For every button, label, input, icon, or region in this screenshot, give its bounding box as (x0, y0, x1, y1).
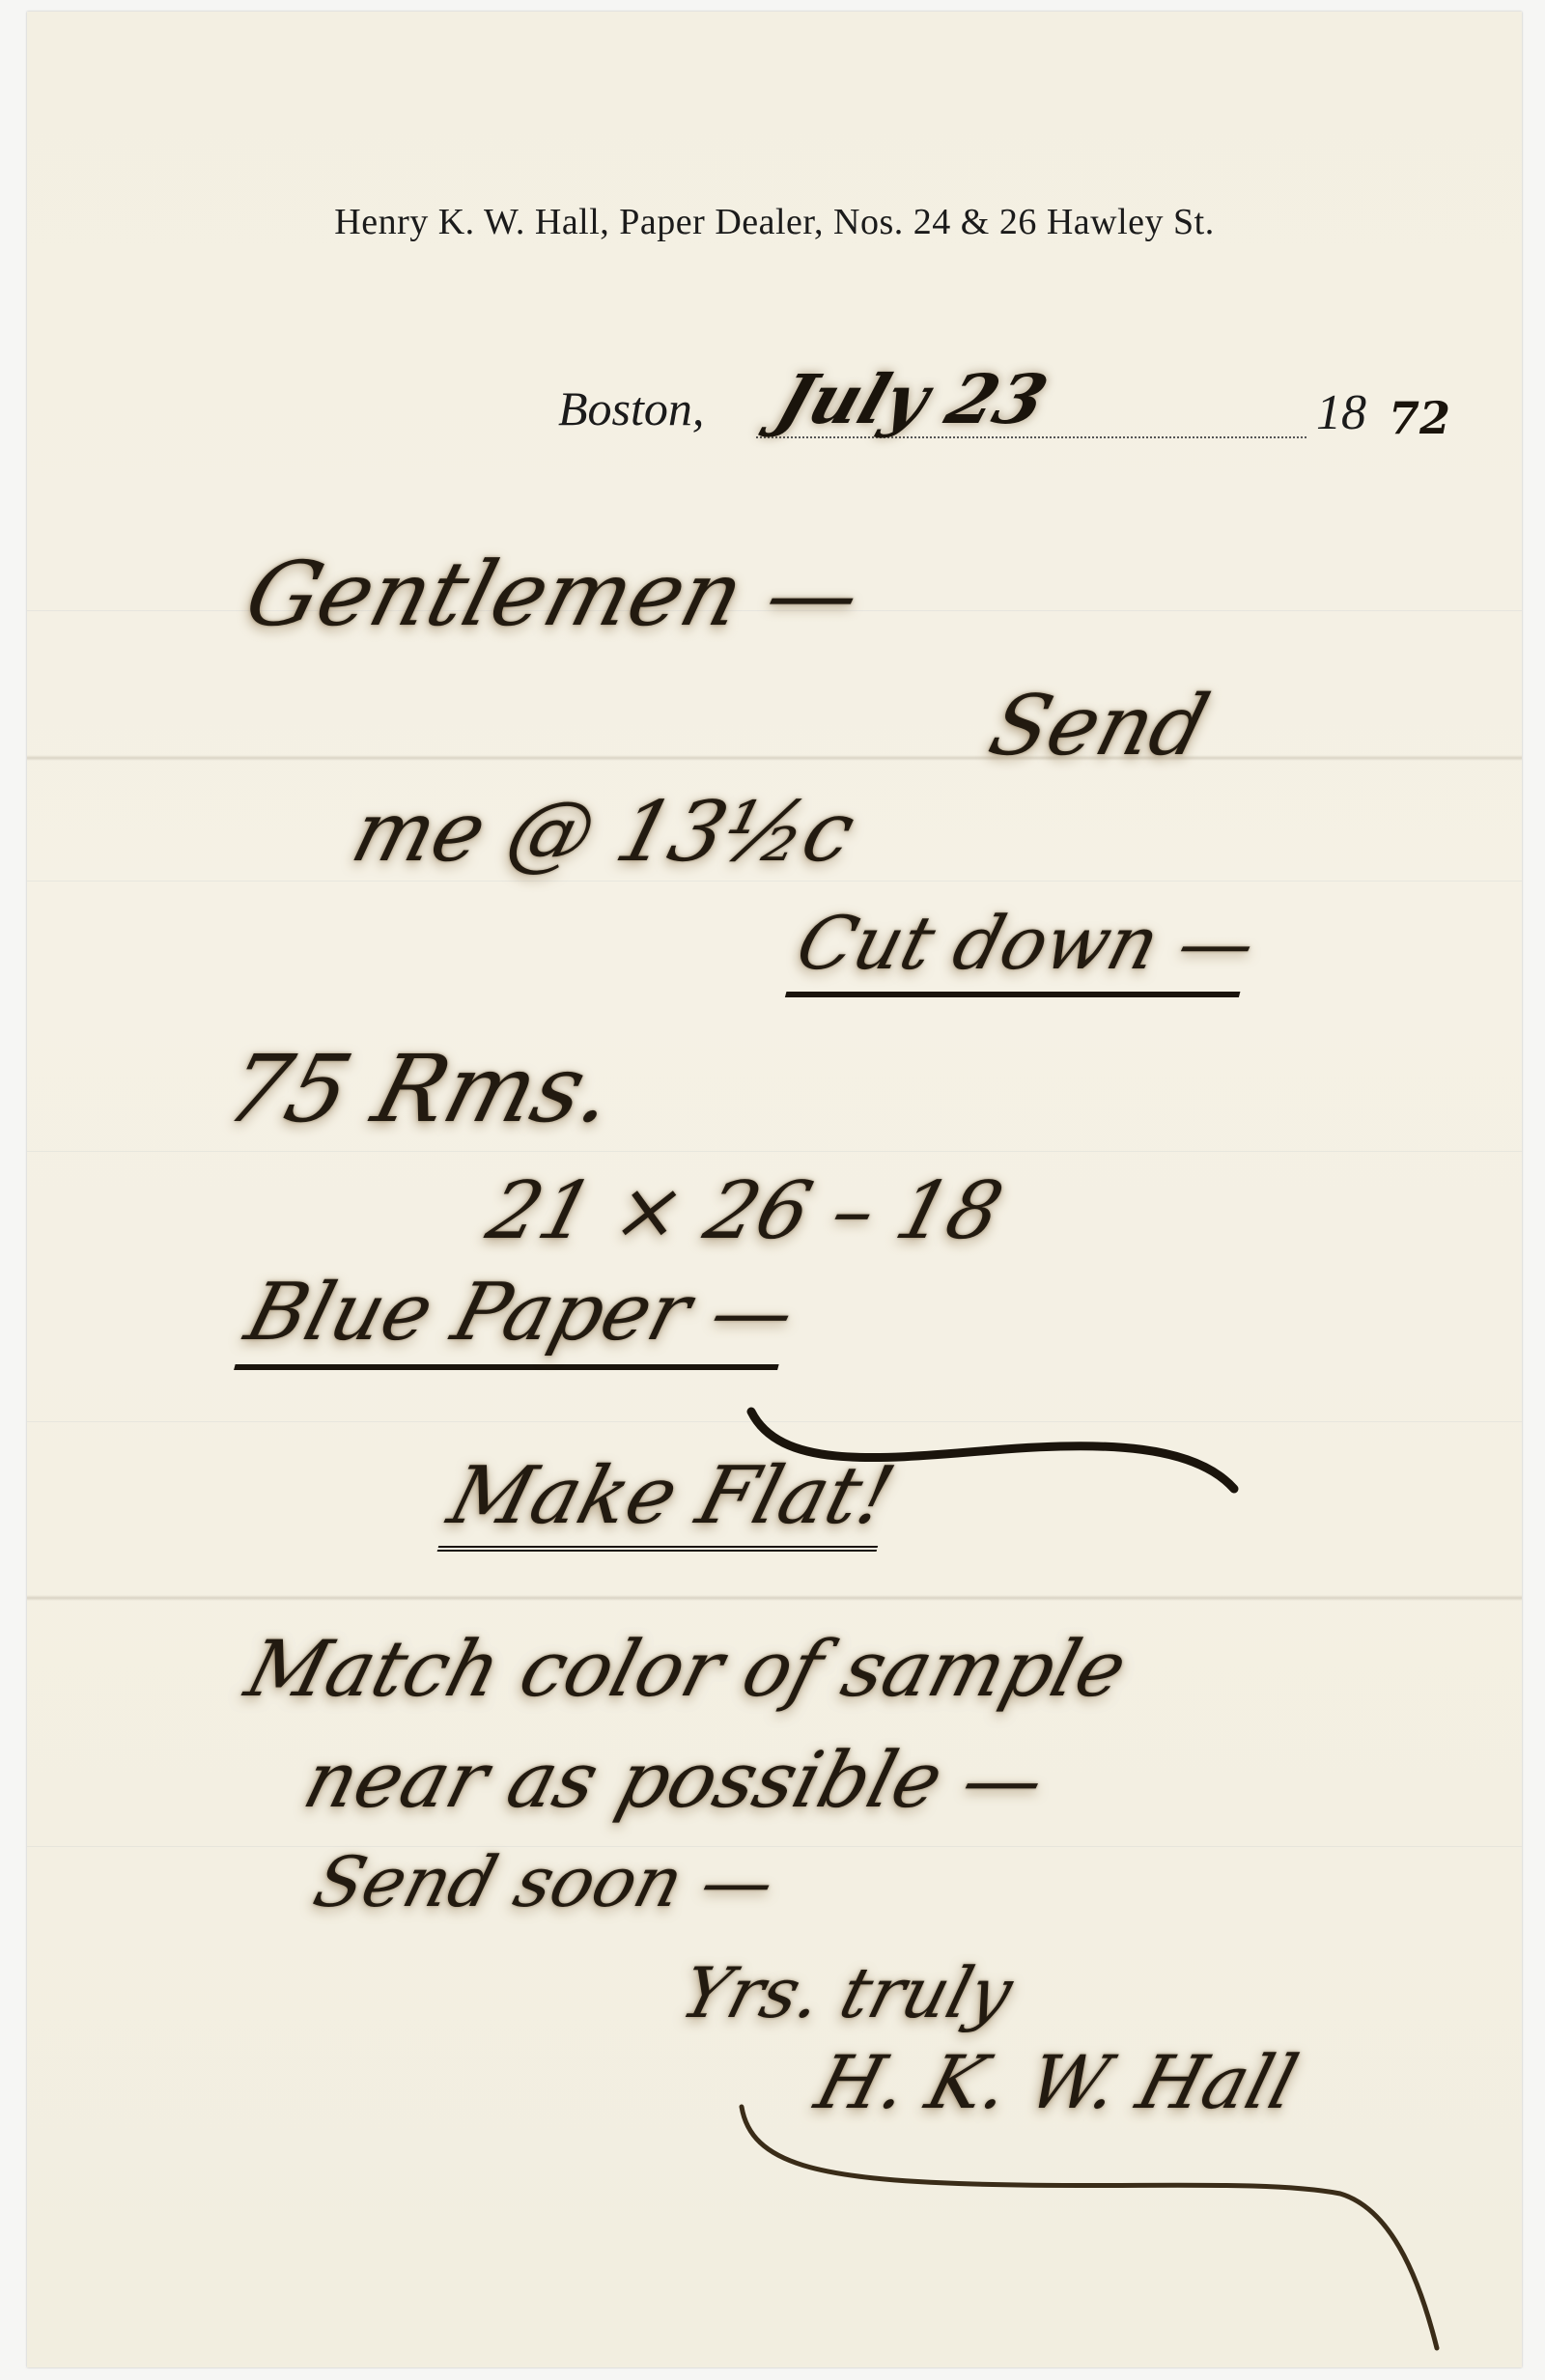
body-line: Send soon — (306, 1841, 784, 1922)
closing: Yrs. truly (673, 1952, 1022, 2033)
body-line: Send (980, 678, 1219, 774)
body-line: 75 Rms. (215, 1035, 627, 1143)
body-line: Blue Paper — (237, 1267, 804, 1358)
salutation: Gentlemen — (236, 543, 872, 646)
body-line: Match color of sample (238, 1624, 1137, 1714)
letter-sheet: Henry K. W. Hall, Paper Dealer, Nos. 24 … (27, 12, 1522, 2367)
handwritten-date: July 23 (768, 359, 1057, 439)
emphasis-flourish (742, 1392, 1244, 1498)
signature-flourish (722, 2087, 1456, 2377)
ruled-line (27, 881, 1522, 882)
letterhead: Henry K. W. Hall, Paper Dealer, Nos. 24 … (27, 201, 1522, 243)
body-line: Cut down — (788, 900, 1265, 986)
paper-fold (27, 1595, 1522, 1601)
dateline: Boston, July 23 18 72 (529, 359, 1475, 475)
handwritten-year-suffix: 72 (1389, 392, 1450, 444)
body-line: 21 × 26 – 18 (478, 1165, 1011, 1257)
paper-fold (27, 755, 1522, 761)
ruled-line (27, 1151, 1522, 1152)
printed-year-prefix: 18 (1316, 384, 1366, 441)
printed-place: Boston, (558, 380, 704, 436)
body-line: me @ 13½c (343, 784, 865, 881)
body-line: near as possible — (295, 1735, 1054, 1825)
